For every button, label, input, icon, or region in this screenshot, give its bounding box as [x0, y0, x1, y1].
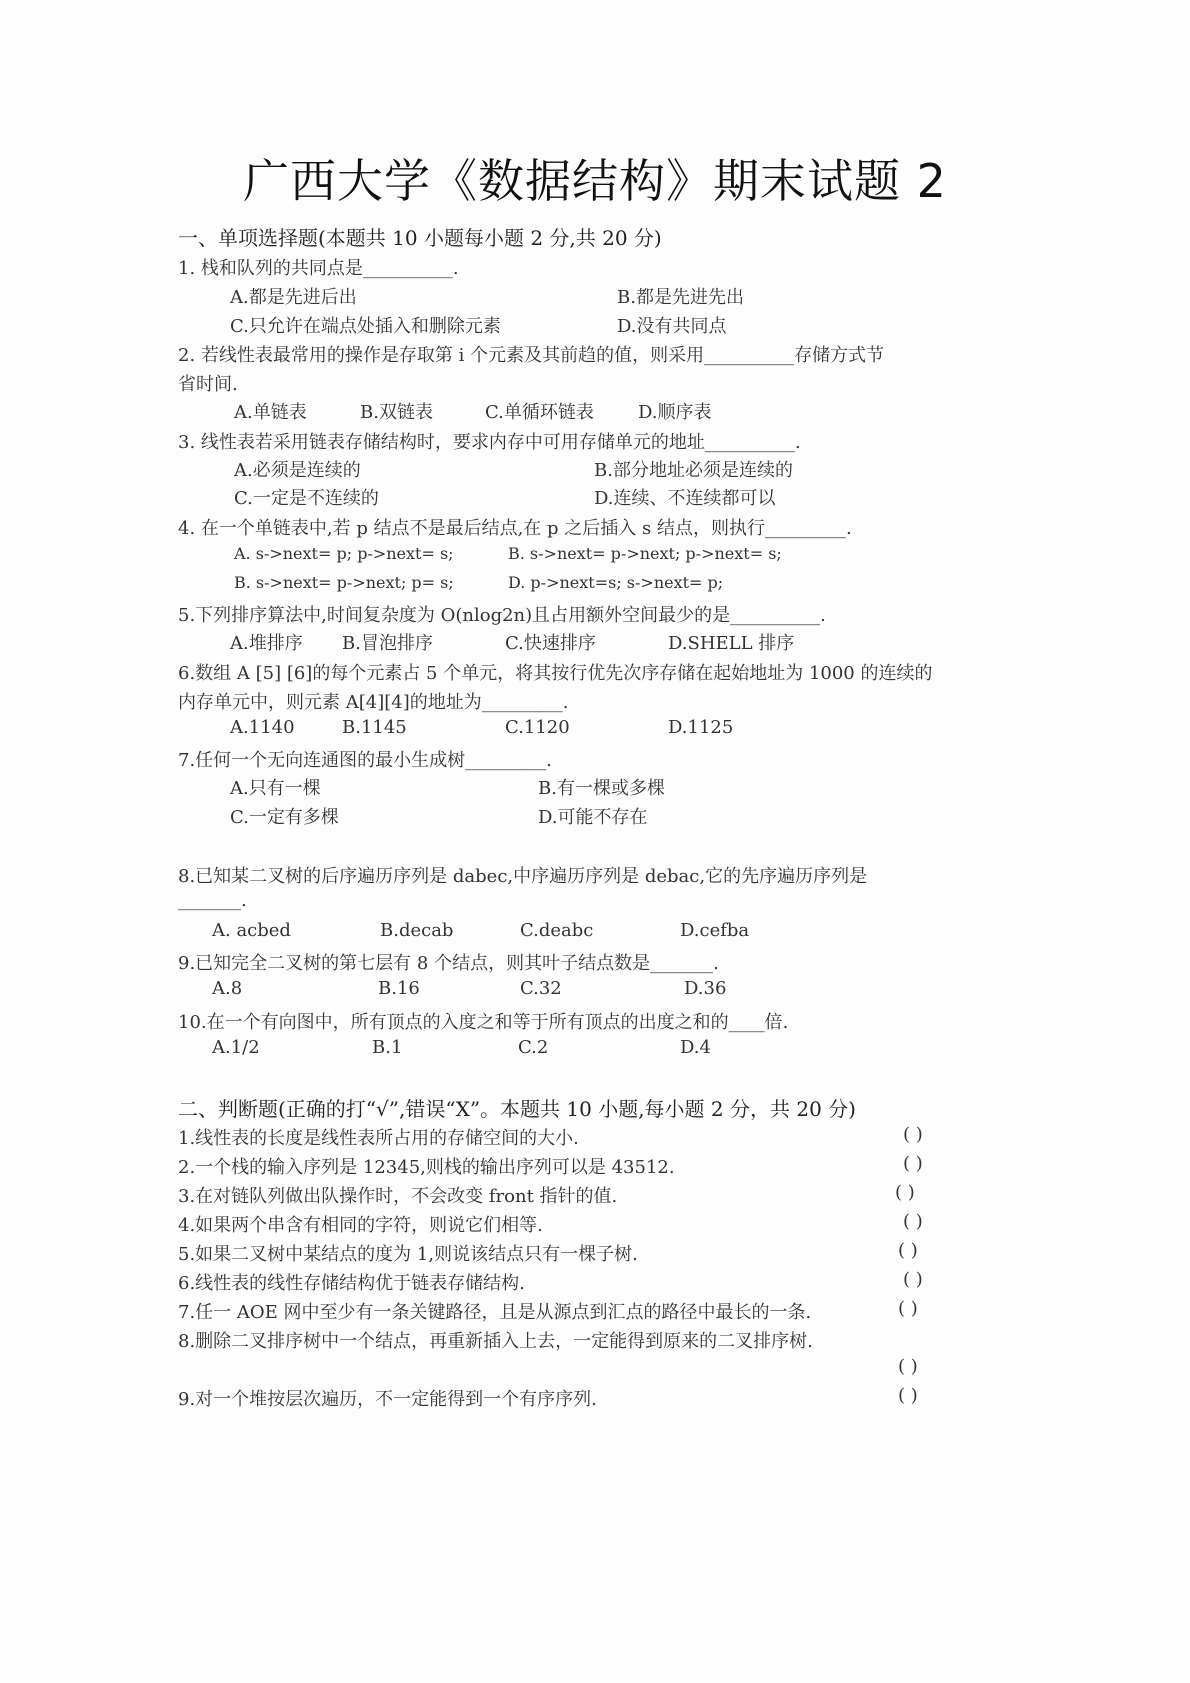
- tf-item-7: 7.任一 AOE 网中至少有一条关键路径，且是从源点到汇点的路径中最长的一条.: [178, 1298, 811, 1324]
- q1-option-c: C.只允许在端点处插入和删除元素: [230, 312, 501, 338]
- tf-answer-4[interactable]: ( ): [903, 1211, 923, 1232]
- q4-option-b: B. s->next= p->next; p->next= s;: [508, 544, 782, 563]
- q2-option-d: D.顺序表: [638, 398, 712, 424]
- q2-option-c: C.单循环链表: [485, 398, 594, 424]
- q1-option-a: A.都是先进后出: [230, 283, 357, 309]
- tf-answer-5[interactable]: ( ): [898, 1240, 918, 1261]
- q5-option-b: B.冒泡排序: [342, 629, 433, 655]
- q9-option-b: B.16: [378, 978, 420, 999]
- tf-item-6: 6.线性表的线性存储结构优于链表存储结构.: [178, 1269, 525, 1295]
- tf-answer-1[interactable]: ( ): [903, 1124, 923, 1145]
- q9-option-a: A.8: [212, 978, 242, 999]
- q1-option-b: B.都是先进先出: [617, 283, 744, 309]
- q5-option-c: C.快速排序: [505, 629, 596, 655]
- question-6-stem: 6.数组 A [5] [6]的每个元素占 5 个单元，将其按行优先次序存储在起始…: [178, 659, 932, 685]
- tf-answer-2[interactable]: ( ): [903, 1153, 923, 1174]
- q3-option-c: C.一定是不连续的: [234, 484, 379, 510]
- q4-option-a: A. s->next= p; p->next= s;: [234, 544, 454, 563]
- q7-option-d: D.可能不存在: [538, 803, 648, 829]
- q4-option-c: B. s->next= p->next; p= s;: [234, 573, 454, 592]
- question-2-stem: 2. 若线性表最常用的操作是存取第 i 个元素及其前趋的值，则采用_______…: [178, 341, 884, 367]
- question-8-stem-cont: _______.: [178, 890, 247, 911]
- q3-option-b: B.部分地址必须是连续的: [594, 456, 793, 482]
- q6-option-b: B.1145: [342, 717, 407, 738]
- tf-answer-9[interactable]: ( ): [898, 1385, 918, 1406]
- section-2-heading: 二、判断题(正确的打“√”,错误“X”。本题共 10 小题,每小题 2 分，共 …: [178, 1093, 856, 1122]
- q10-option-c: C.2: [518, 1037, 548, 1058]
- q10-option-a: A.1/2: [212, 1037, 260, 1058]
- q3-option-d: D.连续、不连续都可以: [594, 484, 776, 510]
- q1-option-d: D.没有共同点: [617, 312, 727, 338]
- q9-option-d: D.36: [684, 978, 726, 999]
- q7-option-b: B.有一棵或多棵: [538, 774, 665, 800]
- q6-option-d: D.1125: [668, 717, 733, 738]
- question-4-stem: 4. 在一个单链表中,若 p 结点不是最后结点,在 p 之后插入 s 结点，则执…: [178, 514, 852, 540]
- q6-option-c: C.1120: [505, 717, 570, 738]
- tf-item-2: 2.一个栈的输入序列是 12345,则栈的输出序列可以是 43512.: [178, 1153, 675, 1179]
- tf-item-5: 5.如果二叉树中某结点的度为 1,则说该结点只有一棵子树.: [178, 1240, 638, 1266]
- q4-option-d: D. p->next=s; s->next= p;: [508, 573, 723, 592]
- page-title: 广西大学《数据结构》期末试题 2: [0, 145, 1190, 211]
- q8-option-a: A. acbed: [212, 920, 291, 941]
- question-7-stem: 7.任何一个无向连通图的最小生成树_________.: [178, 746, 552, 772]
- tf-item-8: 8.删除二叉排序树中一个结点，再重新插入上去，一定能得到原来的二叉排序树.: [178, 1327, 813, 1353]
- question-6-stem-cont: 内存单元中，则元素 A[4][4]的地址为_________.: [178, 688, 568, 714]
- q10-option-b: B.1: [372, 1037, 402, 1058]
- tf-answer-3[interactable]: ( ): [895, 1182, 915, 1203]
- question-5-stem: 5.下列排序算法中,时间复杂度为 O(nlog2n)且占用额外空间最少的是___…: [178, 601, 826, 627]
- q6-option-a: A.1140: [230, 717, 295, 738]
- tf-item-4: 4.如果两个串含有相同的字符，则说它们相等.: [178, 1211, 543, 1237]
- question-10-stem: 10.在一个有向图中，所有顶点的入度之和等于所有顶点的出度之和的____倍.: [178, 1008, 788, 1034]
- question-1-stem: 1. 栈和队列的共同点是__________.: [178, 254, 459, 280]
- tf-answer-8[interactable]: ( ): [898, 1356, 918, 1377]
- q2-option-a: A.单链表: [234, 398, 307, 424]
- tf-item-3: 3.在对链队列做出队操作时，不会改变 front 指针的值.: [178, 1182, 617, 1208]
- question-3-stem: 3. 线性表若采用链表存储结构时，要求内存中可用存储单元的地址_________…: [178, 428, 801, 454]
- q7-option-a: A.只有一棵: [230, 774, 321, 800]
- q7-option-c: C.一定有多棵: [230, 803, 339, 829]
- tf-answer-6[interactable]: ( ): [903, 1269, 923, 1290]
- q8-option-d: D.cefba: [680, 920, 749, 941]
- q8-option-c: C.deabc: [520, 920, 593, 941]
- q10-option-d: D.4: [680, 1037, 711, 1058]
- q5-option-d: D.SHELL 排序: [668, 629, 794, 655]
- tf-answer-7[interactable]: ( ): [898, 1298, 918, 1319]
- question-9-stem: 9.已知完全二叉树的第七层有 8 个结点，则其叶子结点数是_______.: [178, 949, 719, 975]
- exam-page: 广西大学《数据结构》期末试题 2 一、单项选择题(本题共 10 小题每小题 2 …: [0, 0, 1190, 1683]
- question-8-stem: 8.已知某二叉树的后序遍历序列是 dabec,中序遍历序列是 debac,它的先…: [178, 862, 867, 888]
- tf-item-9: 9.对一个堆按层次遍历，不一定能得到一个有序序列.: [178, 1385, 597, 1411]
- q8-option-b: B.decab: [380, 920, 453, 941]
- q3-option-a: A.必须是连续的: [234, 456, 361, 482]
- question-2-stem-cont: 省时间.: [178, 370, 238, 396]
- tf-item-1: 1.线性表的长度是线性表所占用的存储空间的大小.: [178, 1124, 579, 1150]
- q5-option-a: A.堆排序: [230, 629, 303, 655]
- q9-option-c: C.32: [520, 978, 562, 999]
- q2-option-b: B.双链表: [360, 398, 433, 424]
- section-1-heading: 一、单项选择题(本题共 10 小题每小题 2 分,共 20 分): [178, 222, 662, 251]
